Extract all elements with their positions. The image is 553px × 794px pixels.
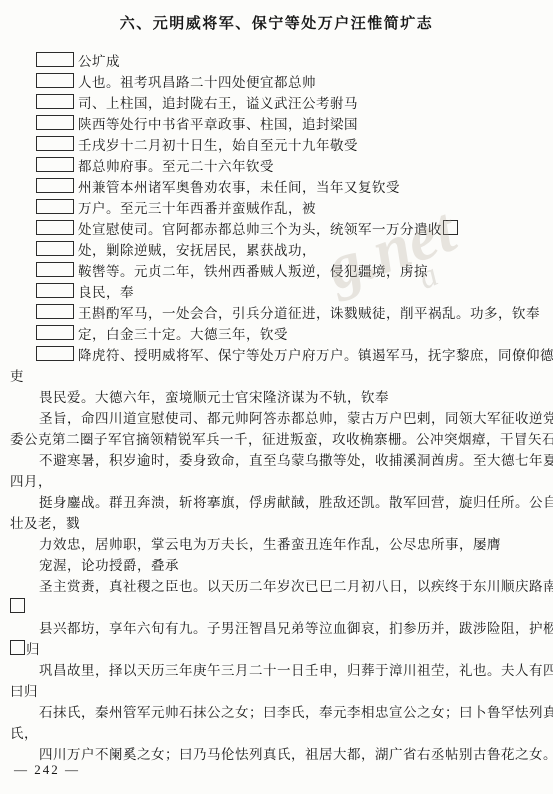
line-text: 万户。至元三十年西番并蛮贼作乱，被 bbox=[78, 201, 316, 216]
missing-char-box bbox=[36, 220, 74, 235]
text-line: 处，剿除逆贼，安抚居民，累获战功， bbox=[10, 240, 551, 261]
missing-char-box bbox=[36, 283, 74, 298]
line-text: 壬戌岁十二月初十日生，始自至元十九年敬受 bbox=[78, 138, 358, 153]
line-text: 州兼管本州诸军奥鲁劝农事，未任间，当年又复钦受 bbox=[78, 180, 400, 195]
text-line: 陕西等处行中书省平章政事、柱国，追封梁国 bbox=[10, 114, 551, 135]
line-text: 圣主赏赉，真社稷之臣也。以天历二年岁次已巳二月初八日，以疾终于东川顺庆路南 bbox=[39, 579, 553, 594]
text-line bbox=[10, 597, 551, 618]
missing-char-box bbox=[36, 178, 74, 193]
text-line: 州兼管本州诸军奥鲁劝农事，未任间，当年又复钦受 bbox=[10, 177, 551, 198]
line-text: 四川万户不阑奚之女；曰乃马伦怯列真氏，祖居大都，湖广省右丞帖别古鲁花之女。皆 bbox=[39, 747, 553, 762]
text-line: 定，白金三十定。大德三年，钦受 bbox=[10, 324, 551, 345]
missing-char-box bbox=[36, 241, 74, 256]
missing-char-box bbox=[36, 262, 74, 277]
page-number: — 242 — bbox=[14, 762, 80, 778]
missing-char-box bbox=[36, 157, 74, 172]
text-line: 吏 bbox=[10, 366, 551, 387]
line-text: 吏 bbox=[10, 369, 24, 384]
line-text: 陕西等处行中书省平章政事、柱国，追封梁国 bbox=[78, 117, 358, 132]
text-line: 处宣慰使司。官阿都赤都总帅三个为头，统领军一万分遣收 bbox=[10, 219, 551, 240]
page-title: 六、元明威将军、保宁等处万户汪惟简圹志 bbox=[0, 12, 553, 33]
missing-char-box bbox=[36, 346, 74, 361]
text-line: 良民，奉 bbox=[10, 282, 551, 303]
text-line: 力效忠，居帅职，掌云电为万夫长，生番蛮丑连年作乱，公尽忠所事，屡膺 bbox=[10, 534, 551, 555]
missing-char-box bbox=[10, 598, 25, 613]
text-line: 县兴都坊，享年六旬有九。子男汪智昌兄弟等泣血御哀，扪参历并，跋涉险阻，护柩 bbox=[10, 618, 551, 639]
line-text: 曰归 bbox=[10, 684, 38, 699]
line-text: 人也。祖考巩昌路二十四处便宜都总帅 bbox=[78, 75, 316, 90]
text-line: 四月， bbox=[10, 471, 551, 492]
text-line: 鞍辔等。元贞二年，铁州西番贼人叛逆，侵犯疆境，虏掠 bbox=[10, 261, 551, 282]
missing-char-box bbox=[36, 199, 74, 214]
text-line: 壮及老，戮 bbox=[10, 513, 551, 534]
line-text: 力效忠，居帅职，掌云电为万夫长，生番蛮丑连年作乱，公尽忠所事，屡膺 bbox=[39, 537, 501, 552]
line-text: 处，剿除逆贼，安抚居民，累获战功， bbox=[78, 243, 316, 258]
missing-char-box bbox=[443, 220, 458, 235]
text-line: 曰归 bbox=[10, 681, 551, 702]
line-text: 县兴都坊，享年六旬有九。子男汪智昌兄弟等泣血御哀，扪参历并，跋涉险阻，护柩 bbox=[39, 621, 553, 636]
line-text: 壮及老，戮 bbox=[10, 516, 80, 531]
line-text: 王斟酌军马，一处会合，引兵分道征进，诛戮贼徒，削平祸乱。功多，钦奉 bbox=[78, 306, 540, 321]
text-line: 圣主赏赉，真社稷之臣也。以天历二年岁次已巳二月初八日，以疾终于东川顺庆路南 bbox=[10, 576, 551, 597]
text-line: 宠渥，论功授爵，叠承 bbox=[10, 555, 551, 576]
missing-char-box bbox=[36, 52, 74, 67]
document-page: 六、元明威将军、保宁等处万户汪惟简圹志 公圹成人也。祖考巩昌路二十四处便宜都总帅… bbox=[0, 0, 553, 794]
line-text: 定，白金三十定。大德三年，钦受 bbox=[78, 327, 288, 342]
line-text: 司、上柱国，追封陇右王，谥义武汪公考驸马 bbox=[78, 96, 358, 111]
missing-char-box bbox=[36, 73, 74, 88]
line-text: 石抹氏，秦州管军元帅石抹公之女；曰李氏，奉元李相忠宣公之女；曰卜鲁罕怯列真 bbox=[39, 705, 553, 720]
text-line: 挺身鏖战。群丑奔溃，斩将搴旗，俘虏献馘，胜敌还凯。散军回营，旋归任所。公自 bbox=[10, 492, 551, 513]
text-line: 石抹氏，秦州管军元帅石抹公之女；曰李氏，奉元李相忠宣公之女；曰卜鲁罕怯列真 bbox=[10, 702, 551, 723]
text-line: 司、上柱国，追封陇右王，谥义武汪公考驸马 bbox=[10, 93, 551, 114]
text-line: 人也。祖考巩昌路二十四处便宜都总帅 bbox=[10, 72, 551, 93]
line-text: 不避寒暑，积岁逾时，委身致命，直至乌蒙乌撒等处，收捕溪洞酋虏。至大德七年夏 bbox=[39, 453, 553, 468]
text-line: 降虎符、授明威将军、保宁等处万户府万户。镇遏军马，抚字黎庶，同僚仰德， bbox=[10, 345, 551, 366]
line-text: 鞍辔等。元贞二年，铁州西番贼人叛逆，侵犯疆境，虏掠 bbox=[78, 264, 428, 279]
text-line: 氏， bbox=[10, 723, 551, 744]
line-text: 委公克第二圈子军官摘领精锐军兵一千，征进叛蛮，攻收桷寨栅。公冲突烟瘴，干冒矢石， bbox=[10, 432, 553, 447]
line-text: 良民，奉 bbox=[78, 285, 134, 300]
line-text: 宠渥，论功授爵，叠承 bbox=[39, 558, 179, 573]
line-text: 降虎符、授明威将军、保宁等处万户府万户。镇遏军马，抚字黎庶，同僚仰德， bbox=[78, 348, 553, 363]
text-line: 四川万户不阑奚之女；曰乃马伦怯列真氏，祖居大都，湖广省右丞帖别古鲁花之女。皆 bbox=[10, 744, 551, 765]
line-text: 圣旨，命四川道宣慰使司、都元帅阿答赤都总帅，蒙古万户巴剌，同领大军征收逆党。 bbox=[39, 411, 553, 426]
missing-char-box bbox=[36, 115, 74, 130]
missing-char-box bbox=[36, 304, 74, 319]
line-text: 都总帅府事。至元二十六年钦受 bbox=[78, 159, 274, 174]
line-text: 处宣慰使司。官阿都赤都总帅三个为头，统领军一万分遣收 bbox=[78, 222, 442, 237]
text-line: 万户。至元三十年西番并蛮贼作乱，被 bbox=[10, 198, 551, 219]
document-body: 公圹成人也。祖考巩昌路二十四处便宜都总帅司、上柱国，追封陇右王，谥义武汪公考驸马… bbox=[10, 51, 551, 765]
line-text: 氏， bbox=[10, 726, 38, 741]
missing-char-box bbox=[10, 640, 25, 655]
missing-char-box bbox=[36, 325, 74, 340]
text-line: 公圹成 bbox=[10, 51, 551, 72]
missing-char-box bbox=[36, 94, 74, 109]
text-line: 都总帅府事。至元二十六年钦受 bbox=[10, 156, 551, 177]
missing-char-box bbox=[36, 136, 74, 151]
text-line: 不避寒暑，积岁逾时，委身致命，直至乌蒙乌撒等处，收捕溪洞酋虏。至大德七年夏 bbox=[10, 450, 551, 471]
line-text: 公圹成 bbox=[78, 54, 120, 69]
text-line: 巩昌故里，择以天历三年庚午三月二十一日壬申，归葬于漳川祖茔，礼也。夫人有四： bbox=[10, 660, 551, 681]
line-text: 巩昌故里，择以天历三年庚午三月二十一日壬申，归葬于漳川祖茔，礼也。夫人有四： bbox=[39, 663, 553, 678]
line-text: 挺身鏖战。群丑奔溃，斩将搴旗，俘虏献馘，胜敌还凯。散军回营，旋归任所。公自 bbox=[39, 495, 553, 510]
text-line: 归 bbox=[10, 639, 551, 660]
text-line: 委公克第二圈子军官摘领精锐军兵一千，征进叛蛮，攻收桷寨栅。公冲突烟瘴，干冒矢石， bbox=[10, 429, 551, 450]
line-text: 畏民爱。大德六年，蛮境顺元士官宋隆济谋为不轨，钦奉 bbox=[39, 390, 389, 405]
text-line: 畏民爱。大德六年，蛮境顺元士官宋隆济谋为不轨，钦奉 bbox=[10, 387, 551, 408]
line-text: 归 bbox=[26, 642, 40, 657]
text-line: 王斟酌军马，一处会合，引兵分道征进，诛戮贼徒，削平祸乱。功多，钦奉 bbox=[10, 303, 551, 324]
text-line: 圣旨，命四川道宣慰使司、都元帅阿答赤都总帅，蒙古万户巴剌，同领大军征收逆党。 bbox=[10, 408, 551, 429]
text-line: 壬戌岁十二月初十日生，始自至元十九年敬受 bbox=[10, 135, 551, 156]
line-text: 四月， bbox=[10, 474, 52, 489]
